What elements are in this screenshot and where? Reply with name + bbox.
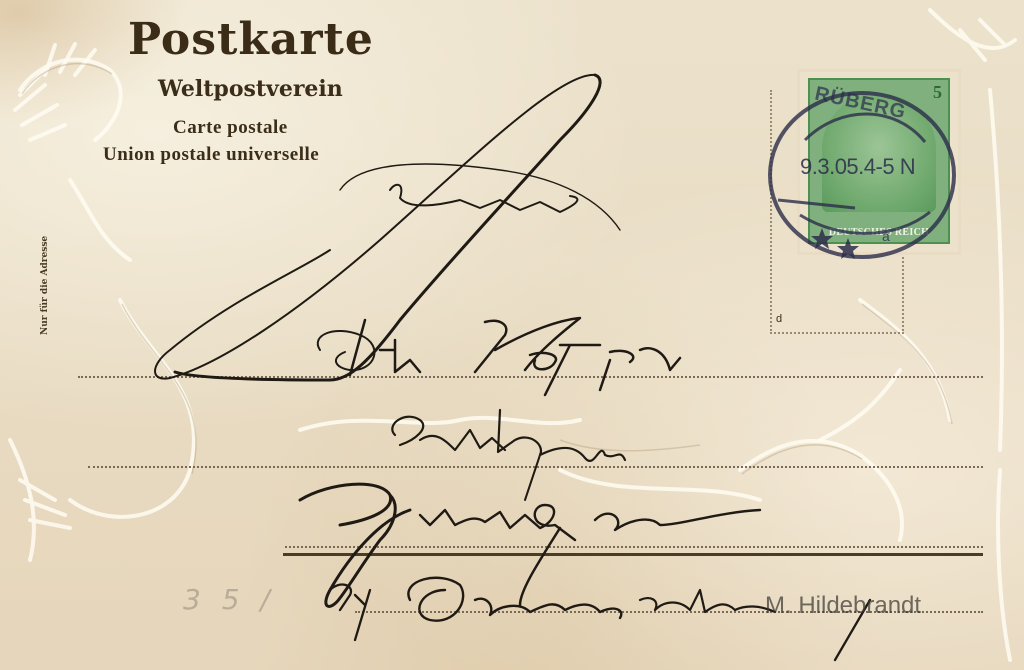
district-handwriting: bei Donaueschingen (330, 585, 495, 604)
town-handwriting: Riesingen (310, 500, 390, 519)
handwritten-address (0, 0, 1024, 670)
salutation-handwriting: Herrn (390, 180, 439, 199)
occupation-handwriting: Schullager (380, 420, 468, 439)
postcard-back: Postkarte Weltpostverein Carte postale U… (0, 0, 1024, 670)
watermark: M. Hildebrandt (765, 592, 921, 620)
pencil-note: 3 5 / (183, 583, 276, 616)
recipient-name-handwriting: Joh. Hepfer (320, 330, 413, 349)
